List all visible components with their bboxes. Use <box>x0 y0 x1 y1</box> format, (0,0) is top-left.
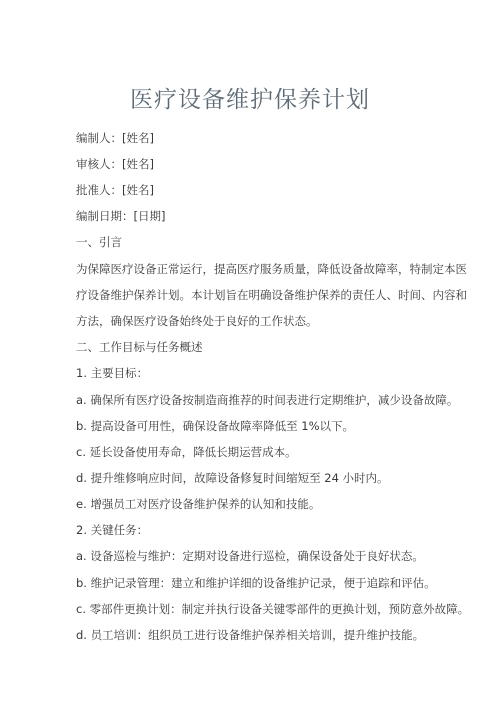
task-item: b. 维护记录管理：建立和维护详细的设备维护记录，便于追踪和评估。 <box>76 575 436 591</box>
section-heading-goals-tasks: 二、工作目标与任务概述 <box>76 339 203 355</box>
intro-paragraph-line: 为保障医疗设备正常运行，提高医疗服务质量，降低设备故障率，特制定本医 <box>76 261 467 277</box>
goals-heading: 1. 主要目标： <box>76 365 148 381</box>
meta-date: 编制日期：[日期] <box>76 208 165 224</box>
goal-item: b. 提高设备可用性，确保设备故障率降低至 1%以下。 <box>76 418 354 434</box>
goal-item: e. 增强员工对医疗设备维护保养的认知和技能。 <box>76 496 320 512</box>
tasks-heading: 2. 关键任务： <box>76 522 148 538</box>
goal-item: d. 提升维修响应时间，故障设备修复时间缩短至 24 小时内。 <box>76 470 389 486</box>
goal-item: a. 确保所有医疗设备按制造商推荐的时间表进行定期维护，减少设备故障。 <box>76 392 458 408</box>
task-item: c. 零部件更换计划：制定并执行设备关键零部件的更换计划，预防意外故障。 <box>76 601 469 617</box>
task-item: d. 员工培训：组织员工进行设备维护保养相关培训，提升维护技能。 <box>76 627 424 643</box>
intro-paragraph-line: 疗设备维护保养计划。本计划旨在明确设备维护保养的责任人、时间、内容和 <box>76 287 467 303</box>
section-heading-intro: 一、引言 <box>76 234 122 250</box>
meta-editor: 编制人：[姓名] <box>76 130 154 146</box>
meta-reviewer: 审核人：[姓名] <box>76 156 154 172</box>
meta-approver: 批准人：[姓名] <box>76 182 154 198</box>
intro-paragraph-line: 方法，确保医疗设备始终处于良好的工作状态。 <box>76 313 318 329</box>
document-page: 医疗设备维护保养计划 编制人：[姓名] 审核人：[姓名] 批准人：[姓名] 编制… <box>0 0 500 707</box>
document-title: 医疗设备维护保养计划 <box>0 84 500 116</box>
goal-item: c. 延长设备使用寿命，降低长期运营成本。 <box>76 444 297 460</box>
task-item: a. 设备巡检与维护：定期对设备进行巡检，确保设备处于良好状态。 <box>76 548 424 564</box>
